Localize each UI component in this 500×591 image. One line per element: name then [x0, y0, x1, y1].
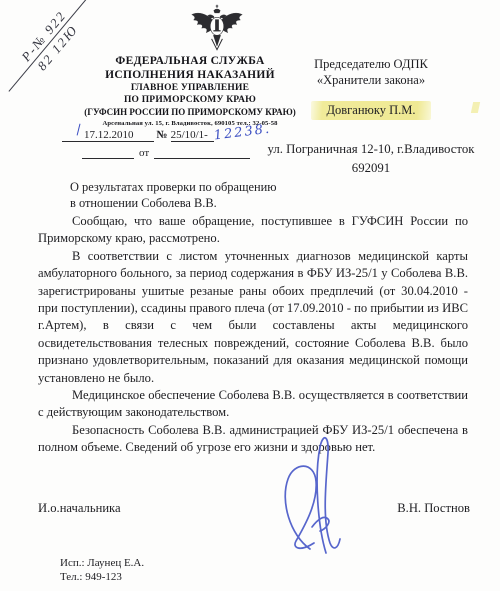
- number-sign-label: №: [157, 129, 168, 141]
- recipient-block: Председателю ОДПК «Хранители закона» Дов…: [255, 56, 487, 176]
- recipient-name-highlighted: Довганюку П.М.: [311, 101, 430, 120]
- signer-name: В.Н. Постнов: [397, 501, 470, 516]
- blank-underline: [154, 147, 250, 159]
- recipient-title-line2: «Хранители закона»: [255, 72, 487, 88]
- recipient-title-line1: Председателю ОДПК: [255, 56, 487, 72]
- signer-position-title: И.о.начальника: [38, 501, 121, 516]
- fsin-eagle-emblem-icon: [190, 4, 244, 54]
- body-paragraph-4: Безопасность Соболева В.В. администрацие…: [38, 422, 468, 457]
- executor-line: Исп.: Лаунец Е.А.: [60, 556, 144, 570]
- body-paragraph-2: В соответствии с листом уточненных диагн…: [38, 248, 468, 387]
- footer-block: Исп.: Лаунец Е.А. Тел.: 949-123: [60, 556, 144, 584]
- outgoing-number-prefix: 25/10/1-: [171, 129, 208, 142]
- body-paragraph-3: Медицинское обеспечение Соболева В.В. ос…: [38, 387, 468, 422]
- scanned-letter-page: Р-№ 922 82 12Ю ФЕДЕРАЛЬНАЯ СЛУЖБА: [0, 0, 500, 591]
- handwritten-signature: [276, 431, 372, 557]
- reply-to-row: от: [82, 147, 250, 159]
- from-label: от: [139, 147, 149, 159]
- letter-body: Сообщаю, что ваше обращение, поступившее…: [38, 213, 468, 457]
- recipient-address: ул. Пограничная 12-10, г.Владивосток: [255, 141, 487, 157]
- recipient-postcode: 692091: [255, 160, 487, 176]
- subject-block: О результатах проверки по обращению в от…: [70, 179, 310, 211]
- subject-line1: О результатах проверки по обращению: [70, 179, 310, 195]
- body-paragraph-1: Сообщаю, что ваше обращение, поступившее…: [38, 213, 468, 248]
- letter-date: 17.12.2010: [84, 129, 134, 142]
- blank-underline: [134, 130, 154, 142]
- blank-underline: [82, 147, 134, 159]
- subject-line2: в отношении Соболева В.В.: [70, 195, 310, 211]
- recipient-name-wrap: Довганюку П.М.: [255, 101, 487, 120]
- phone-line: Тел.: 949-123: [60, 570, 144, 584]
